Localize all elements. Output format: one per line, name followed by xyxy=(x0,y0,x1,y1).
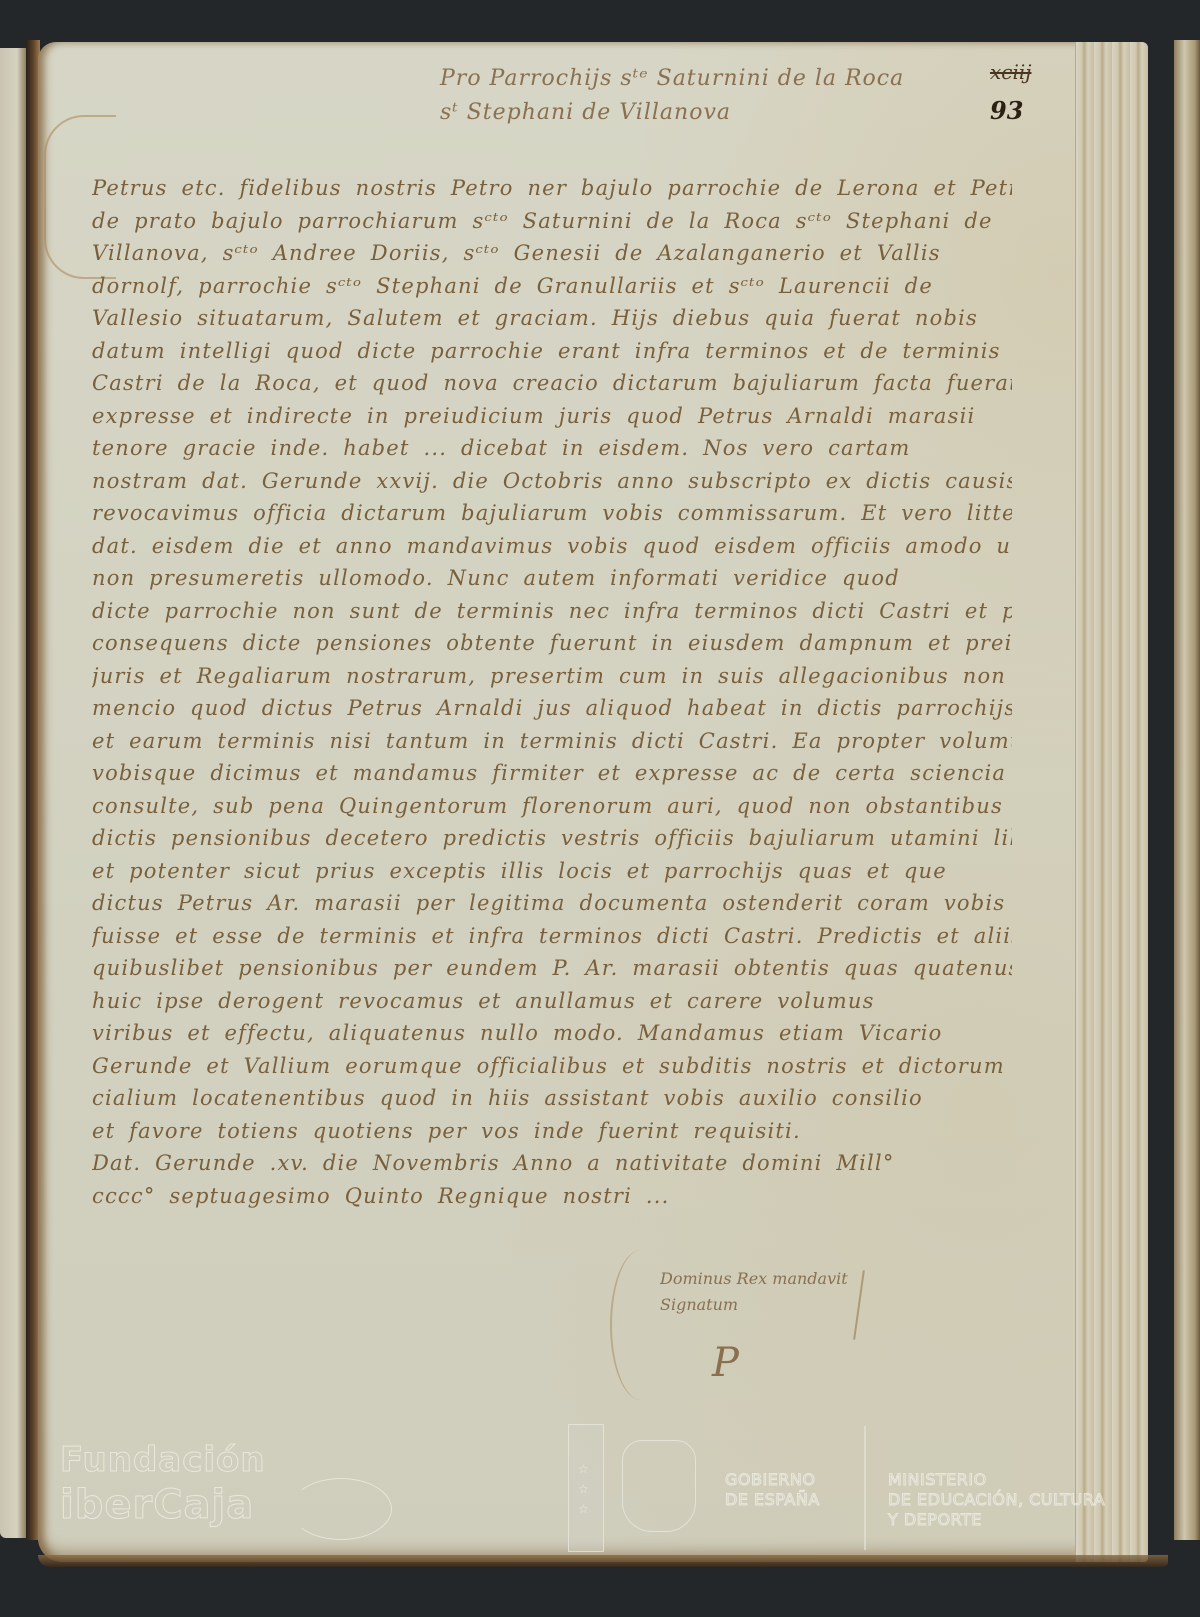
marginal-heading-line-1: Pro Parrochijs sᵗᵉ Saturnini de la Roca xyxy=(440,62,904,96)
text-line: Dat. Gerunde .xv. die Novembris Anno a n… xyxy=(92,1147,1012,1180)
binding-edge xyxy=(1174,40,1200,1540)
watermark-ministerio-line-2: DE EDUCACIÓN, CULTURA xyxy=(888,1490,1105,1510)
document-body: Petrus etc. fidelibus nostris Petro ner … xyxy=(92,172,1012,1212)
text-line: et favore totiens quotiens per vos inde … xyxy=(92,1115,1012,1148)
text-line: cccc° septuagesimo Quinto Regnique nostr… xyxy=(92,1180,1012,1213)
text-line: nostram dat. Gerunde xxvij. die Octobris… xyxy=(92,465,1012,498)
watermark-ministerio: MINISTERIO DE EDUCACIÓN, CULTURA Y DEPOR… xyxy=(888,1470,1105,1530)
text-line: consulte, sub pena Quingentorum florenor… xyxy=(92,790,1012,823)
watermark-gobierno-line-2: DE ESPAÑA xyxy=(725,1490,820,1510)
text-line: et potenter sicut prius exceptis illis l… xyxy=(92,855,1012,888)
text-line: cialium locatenentibus quod in hiis assi… xyxy=(92,1082,1012,1115)
text-line: non presumeretis ullomodo. Nunc autem in… xyxy=(92,562,1012,595)
star-icon: ☆ xyxy=(578,1482,589,1496)
text-line: fuisse et esse de terminis et infra term… xyxy=(92,920,1012,953)
watermark-ministerio-line-3: Y DEPORTE xyxy=(888,1510,1105,1530)
marginal-heading: Pro Parrochijs sᵗᵉ Saturnini de la Roca … xyxy=(440,62,904,130)
text-line: Castri de la Roca, et quod nova creacio … xyxy=(92,367,1012,400)
page-bottom-edge xyxy=(38,1555,1168,1567)
text-line: dictus Petrus Ar. marasii per legitima d… xyxy=(92,887,1012,920)
facing-page-edge xyxy=(0,48,28,1538)
watermark-divider xyxy=(864,1426,866,1550)
watermark-gobierno-line-1: GOBIERNO xyxy=(725,1470,820,1490)
text-line: dictis pensionibus decetero predictis ve… xyxy=(92,822,1012,855)
watermark-gobierno: GOBIERNO DE ESPAÑA xyxy=(725,1470,820,1510)
text-line: expresse et indirecte in preiudicium jur… xyxy=(92,400,1012,433)
watermark-ibercaja: iberCaja xyxy=(60,1482,254,1528)
signature-block: Dominus Rex mandavit Signatum xyxy=(660,1266,848,1318)
text-line: dicte parrochie non sunt de terminis nec… xyxy=(92,595,1012,628)
watermark-ministerio-line-1: MINISTERIO xyxy=(888,1470,1105,1490)
ibercaja-swoosh-icon xyxy=(290,1478,392,1540)
text-line: Petrus etc. fidelibus nostris Petro ner … xyxy=(92,172,1012,205)
signature-line-2: Signatum xyxy=(660,1292,848,1318)
text-line: consequens dicte pensiones obtente fueru… xyxy=(92,627,1012,660)
text-line: Villanova, sᶜᵗᵒ Andree Doriis, sᶜᵗᵒ Gene… xyxy=(92,237,1012,270)
text-line: Vallesio situatarum, Salutem et graciam.… xyxy=(92,302,1012,335)
text-line: et earum terminis nisi tantum in termini… xyxy=(92,725,1012,758)
star-icon: ☆ xyxy=(578,1502,589,1516)
spain-coat-of-arms-icon xyxy=(622,1440,696,1532)
text-line: datum intelligi quod dicte parrochie era… xyxy=(92,335,1012,368)
text-line: viribus et effectu, aliquatenus nullo mo… xyxy=(92,1017,1012,1050)
text-line: juris et Regaliarum nostrarum, presertim… xyxy=(92,660,1012,693)
signature-mark: P xyxy=(712,1340,739,1386)
text-line: quibuslibet pensionibus per eundem P. Ar… xyxy=(92,952,1012,985)
text-line: huic ipse derogent revocamus et anullamu… xyxy=(92,985,1012,1018)
text-line: tenore gracie inde. habet ... dicebat in… xyxy=(92,432,1012,465)
text-line: dornolf, parrochie sᶜᵗᵒ Stephani de Gran… xyxy=(92,270,1012,303)
signature-line-1: Dominus Rex mandavit xyxy=(660,1266,848,1292)
text-line: mencio quod dictus Petrus Arnaldi jus al… xyxy=(92,692,1012,725)
text-line: vobisque dicimus et mandamus firmiter et… xyxy=(92,757,1012,790)
star-icon: ☆ xyxy=(578,1462,589,1476)
text-line: dat. eisdem die et anno mandavimus vobis… xyxy=(92,530,1012,563)
text-line: de prato bajulo parrochiarum sᶜᵗᵒ Saturn… xyxy=(92,205,1012,238)
watermark-fundacion: Fundación xyxy=(60,1440,266,1480)
text-line: Gerunde et Vallium eorumque officialibus… xyxy=(92,1050,1012,1083)
page-stack-edges xyxy=(1075,42,1148,1562)
text-line: revocavimus officia dictarum bajuliarum … xyxy=(92,497,1012,530)
marginal-heading-line-2: sᵗ Stephani de Villanova xyxy=(440,96,904,130)
folio-number-struck: xciij xyxy=(990,60,1031,84)
folio-number: 93 xyxy=(990,96,1023,125)
